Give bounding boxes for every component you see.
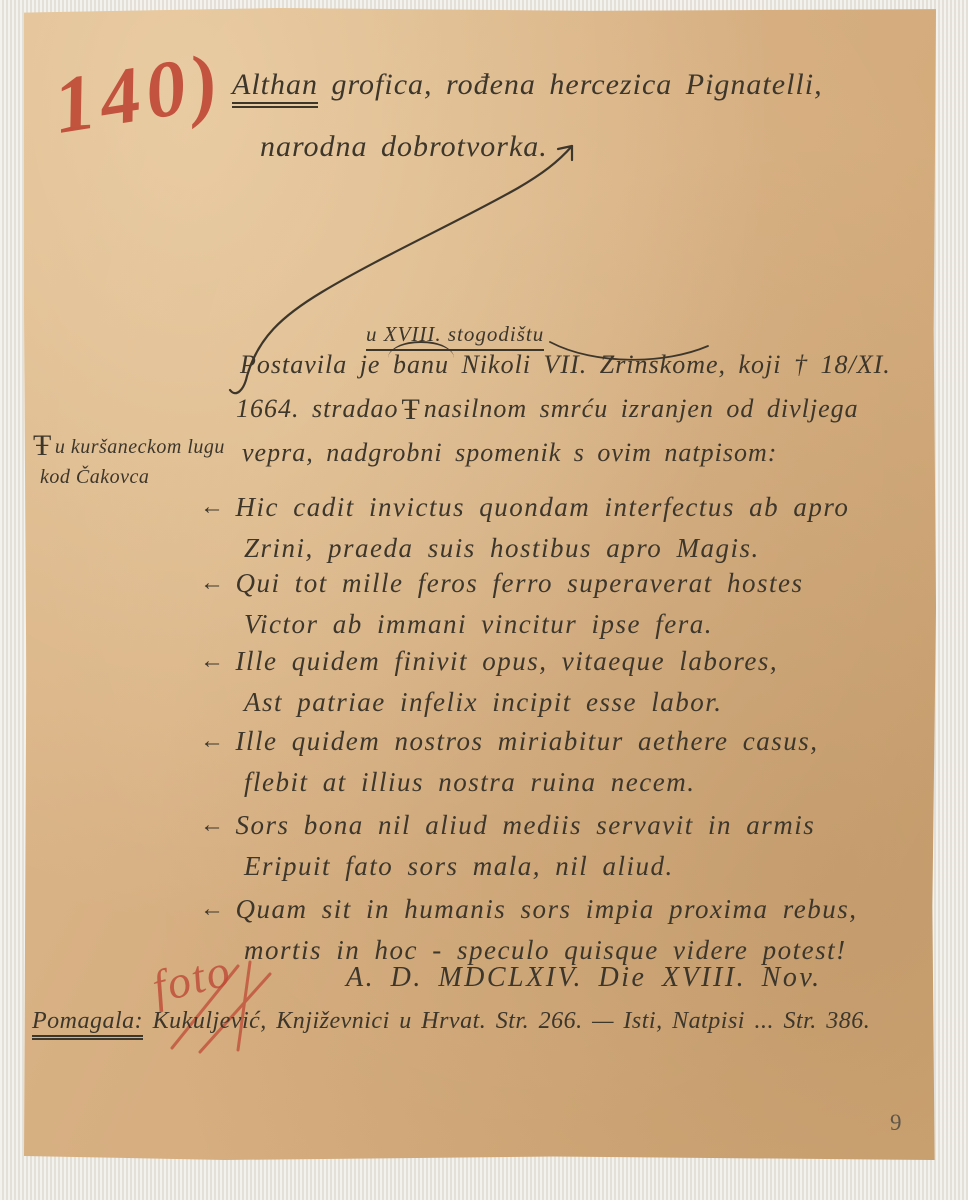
verse-line: flebit at illius nostra ruina necem.: [200, 763, 818, 802]
epitaph-couplet-3: ←Ille quidem finivit opus, vitaeque labo…: [200, 642, 778, 722]
epitaph-date-line: A. D. MDCLXIV. Die XVIII. Nov.: [346, 962, 822, 994]
verse-line: ←Ille quidem nostros miriabitur aethere …: [200, 722, 818, 763]
epitaph-couplet-4: ←Ille quidem nostros miriabitur aethere …: [200, 722, 818, 802]
title-line-1: Althan grofica, rođena hercezica Pignate…: [232, 68, 823, 102]
epitaph-couplet-1: ←Hic cadit invictus quondam interfectus …: [200, 488, 849, 568]
margin-note-text-1: u kuršaneckom lugu: [55, 436, 225, 458]
century-heading: u XVIII. stogodištu: [366, 322, 544, 351]
verse-line: ←Qui tot mille feros ferro superaverat h…: [200, 564, 803, 605]
red-strike-marks: [142, 952, 292, 1062]
verse-line: Victor ab immani vincitur ipse fera.: [200, 605, 803, 644]
epitaph-couplet-6: ←Quam sit in humanis sors impia proxima …: [200, 890, 858, 970]
verse-line: Zrini, praeda suis hostibus apro Magis.: [200, 529, 849, 568]
left-arrow-icon: ←: [200, 642, 226, 681]
title-rest: grofica, rođena hercezica Pignatelli,: [318, 68, 823, 101]
margin-note-line-1: Ŧu kuršaneckom lugu: [30, 436, 225, 459]
verse-line: ←Sors bona nil aliud mediis servavit in …: [200, 806, 815, 847]
left-arrow-icon: ←: [200, 488, 226, 527]
verse-line: Eripuit fato sors mala, nil aliud.: [200, 847, 815, 886]
sources-label-underlined: Pomagala:: [32, 1008, 143, 1040]
photo-background: 140) Althan grofica, rođena hercezica Pi…: [0, 0, 968, 1200]
intro-line-1: Postavila je banu Nikoli VII. Zrinskome,…: [240, 350, 891, 380]
sources-line: Pomagala: Kukuljević, Književnici u Hrva…: [32, 1008, 870, 1035]
left-arrow-icon: ←: [200, 722, 226, 761]
manuscript-page: 140) Althan grofica, rođena hercezica Pi…: [24, 8, 936, 1160]
intro-line-2: 1664. stradaoŦnasilnom smrću izranjen od…: [236, 394, 859, 424]
verse-text: Quam sit in humanis sors impia proxima r…: [236, 894, 858, 924]
margin-note-line-2: kod Čakovca: [40, 466, 149, 489]
verse-line: Ast patriae infelix incipit esse labor.: [200, 683, 778, 722]
page-number: 9: [890, 1110, 903, 1136]
verse-line: ←Ille quidem finivit opus, vitaeque labo…: [200, 642, 778, 683]
intro-1-part2: Nikoli VII. Zrinskome, koji † 18/XI.: [449, 350, 891, 379]
epitaph-couplet-5: ←Sors bona nil aliud mediis servavit in …: [200, 806, 815, 886]
title-keyword-underlined: Althan: [232, 68, 318, 108]
left-arrow-icon: ←: [200, 564, 226, 603]
insertion-mark-inline: Ŧ: [398, 393, 423, 426]
intro-line-3: vepra, nadgrobni spomenik s ovim natpiso…: [242, 438, 777, 468]
intro-2-part2: nasilnom smrću izranjen od divljega: [424, 394, 859, 423]
sources-text: Kukuljević, Književnici u Hrvat. Str. 26…: [143, 1008, 870, 1034]
intro-1-part1: Postavila je: [240, 350, 393, 379]
verse-text: Hic cadit invictus quondam interfectus a…: [236, 492, 850, 522]
left-arrow-icon: ←: [200, 806, 226, 845]
insertion-mark-margin: Ŧ: [30, 429, 55, 462]
verse-text: Qui tot mille feros ferro superaverat ho…: [236, 568, 804, 598]
verse-line: ←Quam sit in humanis sors impia proxima …: [200, 890, 858, 931]
left-arrow-icon: ←: [200, 890, 226, 929]
verse-line: ←Hic cadit invictus quondam interfectus …: [200, 488, 849, 529]
verse-text: Ille quidem nostros miriabitur aethere c…: [236, 726, 819, 756]
verse-text: Ille quidem finivit opus, vitaeque labor…: [236, 646, 779, 676]
intro-2-part1: 1664. stradao: [236, 394, 398, 423]
epitaph-couplet-2: ←Qui tot mille feros ferro superaverat h…: [200, 564, 803, 644]
archive-number: 140): [49, 41, 230, 147]
verse-text: Sors bona nil aliud mediis servavit in a…: [236, 810, 816, 840]
inserted-word-banu: banu: [393, 350, 449, 379]
